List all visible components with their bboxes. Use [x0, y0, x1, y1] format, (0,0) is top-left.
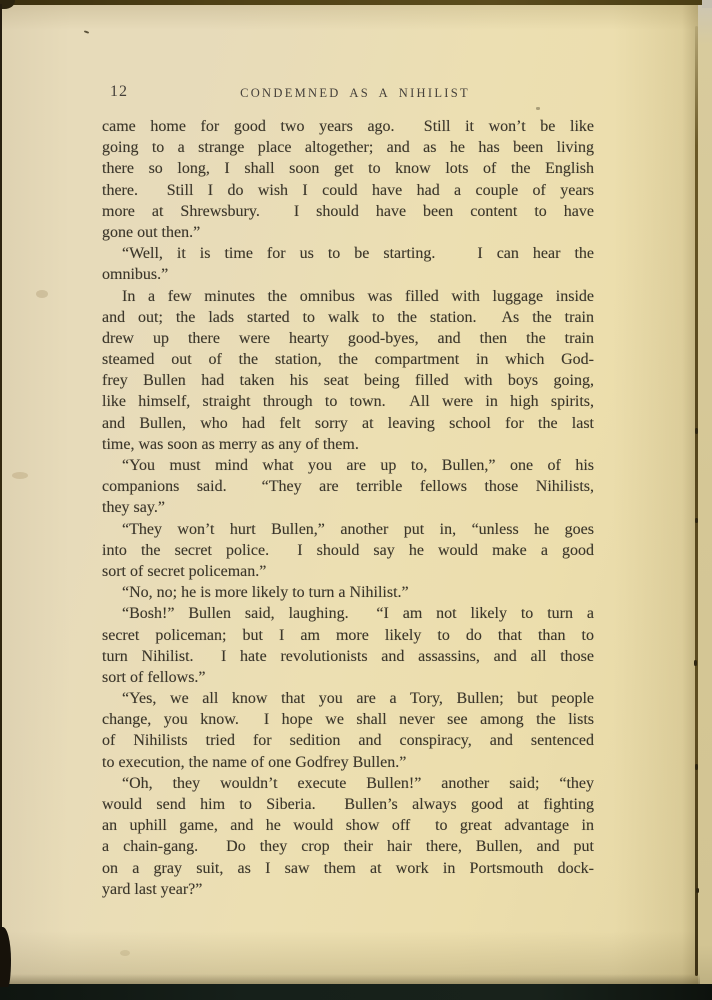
text-line: an uphill game, and he would show off to…: [102, 815, 594, 836]
text-line: gone out then.”: [102, 222, 594, 243]
text-line: In a few minutes the omnibus was filled …: [102, 286, 594, 307]
text-line: to execution, the name of one Godfrey Bu…: [102, 752, 594, 773]
text-line: frey Bullen had taken his seat being fil…: [102, 370, 594, 391]
paragraph: “You must mind what you are up to, Bulle…: [102, 455, 594, 519]
top-right-corner: [702, 0, 712, 8]
paper-stain: [120, 950, 130, 956]
paragraph: came home for good two years ago. Still …: [102, 116, 594, 243]
page-number: 12: [110, 83, 128, 101]
text-line: on a gray suit, as I saw them at work in…: [102, 858, 594, 879]
ink-speck: [694, 660, 697, 666]
bottom-shadow: [0, 974, 700, 984]
running-header: CONDEMNED AS A NIHILIST: [102, 83, 594, 101]
text-line: of Nihilists tried for sedition and cons…: [102, 730, 594, 751]
page-fold-line: [695, 26, 698, 976]
text-line: companions said. “They are terrible fell…: [102, 476, 594, 497]
text-line: going to a strange place altogether; and…: [102, 137, 594, 158]
text-line: a chain-gang. Do they crop their hair th…: [102, 836, 594, 857]
text-line: sort of fellows.”: [102, 667, 594, 688]
text-line: “Oh, they wouldn’t execute Bullen!” anot…: [102, 773, 594, 794]
text-line: yard last year?”: [102, 879, 594, 900]
text-line: “Yes, we all know that you are a Tory, B…: [102, 688, 594, 709]
text-line: omnibus.”: [102, 264, 594, 285]
paragraph: “Yes, we all know that you are a Tory, B…: [102, 688, 594, 773]
text-line: “You must mind what you are up to, Bulle…: [102, 455, 594, 476]
text-line: there. Still I do wish I could have had …: [102, 180, 594, 201]
text-line: steamed out of the station, the compartm…: [102, 349, 594, 370]
text-line: secret policeman; but I am more likely t…: [102, 625, 594, 646]
paragraph: “They won’t hurt Bullen,” another put in…: [102, 519, 594, 583]
ink-speck: [695, 428, 698, 434]
adjacent-page-edge: [698, 5, 712, 995]
text-line: change, you know. I hope we shall never …: [102, 709, 594, 730]
paper-stain: [36, 290, 48, 298]
paragraph: “Well, it is time for us to be starting.…: [102, 243, 594, 285]
text-line: sort of secret policeman.”: [102, 561, 594, 582]
book-top-edge: [0, 0, 702, 5]
ink-speck: [536, 107, 540, 110]
text-line: like himself, straight through to town. …: [102, 391, 594, 412]
text-line: time, was soon as merry as any of them.: [102, 434, 594, 455]
ink-speck: [695, 518, 698, 523]
text-line: and out; the lads started to walk to the…: [102, 307, 594, 328]
text-line: “Bosh!” Bullen said, laughing. “I am not…: [102, 603, 594, 624]
text-line: into the secret police. I should say he …: [102, 540, 594, 561]
text-line: there so long, I shall soon get to know …: [102, 158, 594, 179]
paper-stain: [12, 472, 28, 479]
page-text: came home for good two years ago. Still …: [102, 116, 594, 900]
text-line: “They won’t hurt Bullen,” another put in…: [102, 519, 594, 540]
text-line: came home for good two years ago. Still …: [102, 116, 594, 137]
text-line: more at Shrewsbury. I should have been c…: [102, 201, 594, 222]
text-line: drew up there were hearty good-byes, and…: [102, 328, 594, 349]
ink-speck: [696, 888, 699, 893]
text-line: “No, no; he is more likely to turn a Nih…: [102, 582, 594, 603]
book-bottom-edge: [0, 984, 712, 1000]
page-header: 12 CONDEMNED AS A NIHILIST: [102, 83, 594, 103]
page-left-edge: [0, 4, 2, 970]
text-line: they say.”: [102, 497, 594, 518]
book-page-scan: 12 CONDEMNED AS A NIHILIST came home for…: [0, 0, 712, 1000]
text-line: turn Nihilist. I hate revolutionists and…: [102, 646, 594, 667]
text-line: “Well, it is time for us to be starting.…: [102, 243, 594, 264]
ink-speck: [695, 764, 698, 770]
text-line: would send him to Siberia. Bullen’s alwa…: [102, 794, 594, 815]
paragraph: In a few minutes the omnibus was filled …: [102, 286, 594, 456]
paragraph: “Oh, they wouldn’t execute Bullen!” anot…: [102, 773, 594, 900]
paragraph: “Bosh!” Bullen said, laughing. “I am not…: [102, 603, 594, 688]
paragraph: “No, no; he is more likely to turn a Nih…: [102, 582, 594, 603]
text-line: and Bullen, who had felt sorry at leavin…: [102, 413, 594, 434]
